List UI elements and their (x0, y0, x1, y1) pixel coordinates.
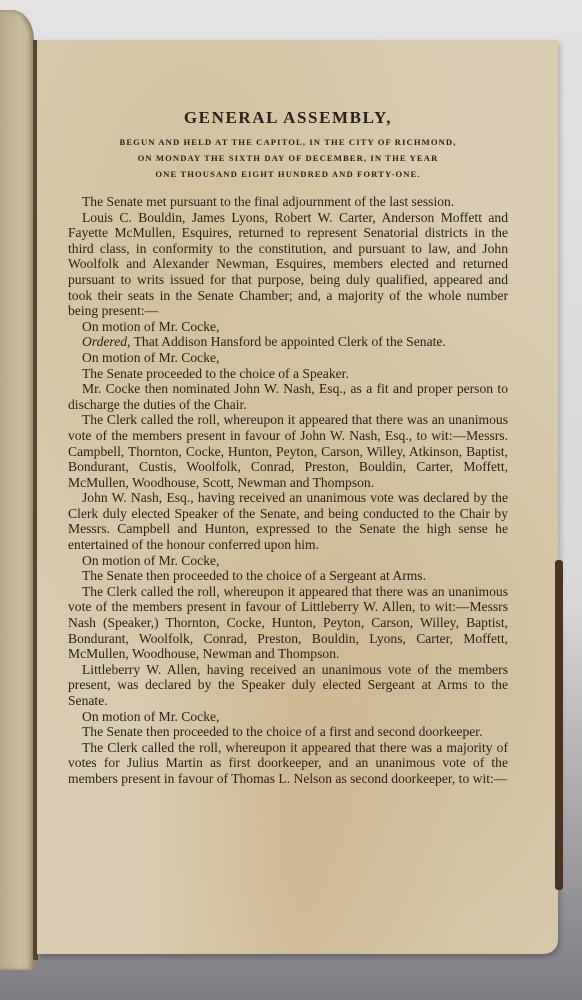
paragraph: The Clerk called the roll, whereupon it … (68, 584, 508, 662)
ordered-label: Ordered, (82, 334, 130, 349)
subtitle-line-3: ONE THOUSAND EIGHT HUNDRED AND FORTY-ONE… (68, 166, 508, 182)
paragraph: On motion of Mr. Cocke, (68, 553, 508, 569)
paragraph: On motion of Mr. Cocke, (68, 350, 508, 366)
paragraph: Littleberry W. Allen, having received an… (68, 662, 508, 709)
paragraph: Louis C. Bouldin, James Lyons, Robert W.… (68, 210, 508, 319)
page-fore-edge (555, 560, 563, 890)
paragraph: John W. Nash, Esq., having received an u… (68, 490, 508, 552)
ordered-text: That Addison Hansford be appointed Clerk… (134, 334, 446, 349)
paragraph-ordered: Ordered, That Addison Hansford be appoin… (68, 334, 508, 350)
paragraph: On motion of Mr. Cocke, (68, 709, 508, 725)
paragraph: The Clerk called the roll, whereupon it … (68, 740, 508, 787)
paragraph: On motion of Mr. Cocke, (68, 319, 508, 335)
left-page-edge (0, 10, 34, 970)
paragraph: The Senate then proceeded to the choice … (68, 568, 508, 584)
page-content: GENERAL ASSEMBLY, BEGUN AND HELD AT THE … (68, 108, 508, 787)
paragraph: The Senate then proceeded to the choice … (68, 724, 508, 740)
paragraph: The Clerk called the roll, whereupon it … (68, 412, 508, 490)
paragraph: Mr. Cocke then nominated John W. Nash, E… (68, 381, 508, 412)
page-title: GENERAL ASSEMBLY, (68, 108, 508, 128)
subtitle-line-2: ON MONDAY THE SIXTH DAY OF DECEMBER, IN … (68, 150, 508, 166)
paragraph: The Senate met pursuant to the final adj… (68, 194, 508, 210)
body-text: The Senate met pursuant to the final adj… (68, 194, 508, 787)
subtitle-line-1: BEGUN AND HELD AT THE CAPITOL, IN THE CI… (68, 134, 508, 150)
paragraph: The Senate proceeded to the choice of a … (68, 366, 508, 382)
